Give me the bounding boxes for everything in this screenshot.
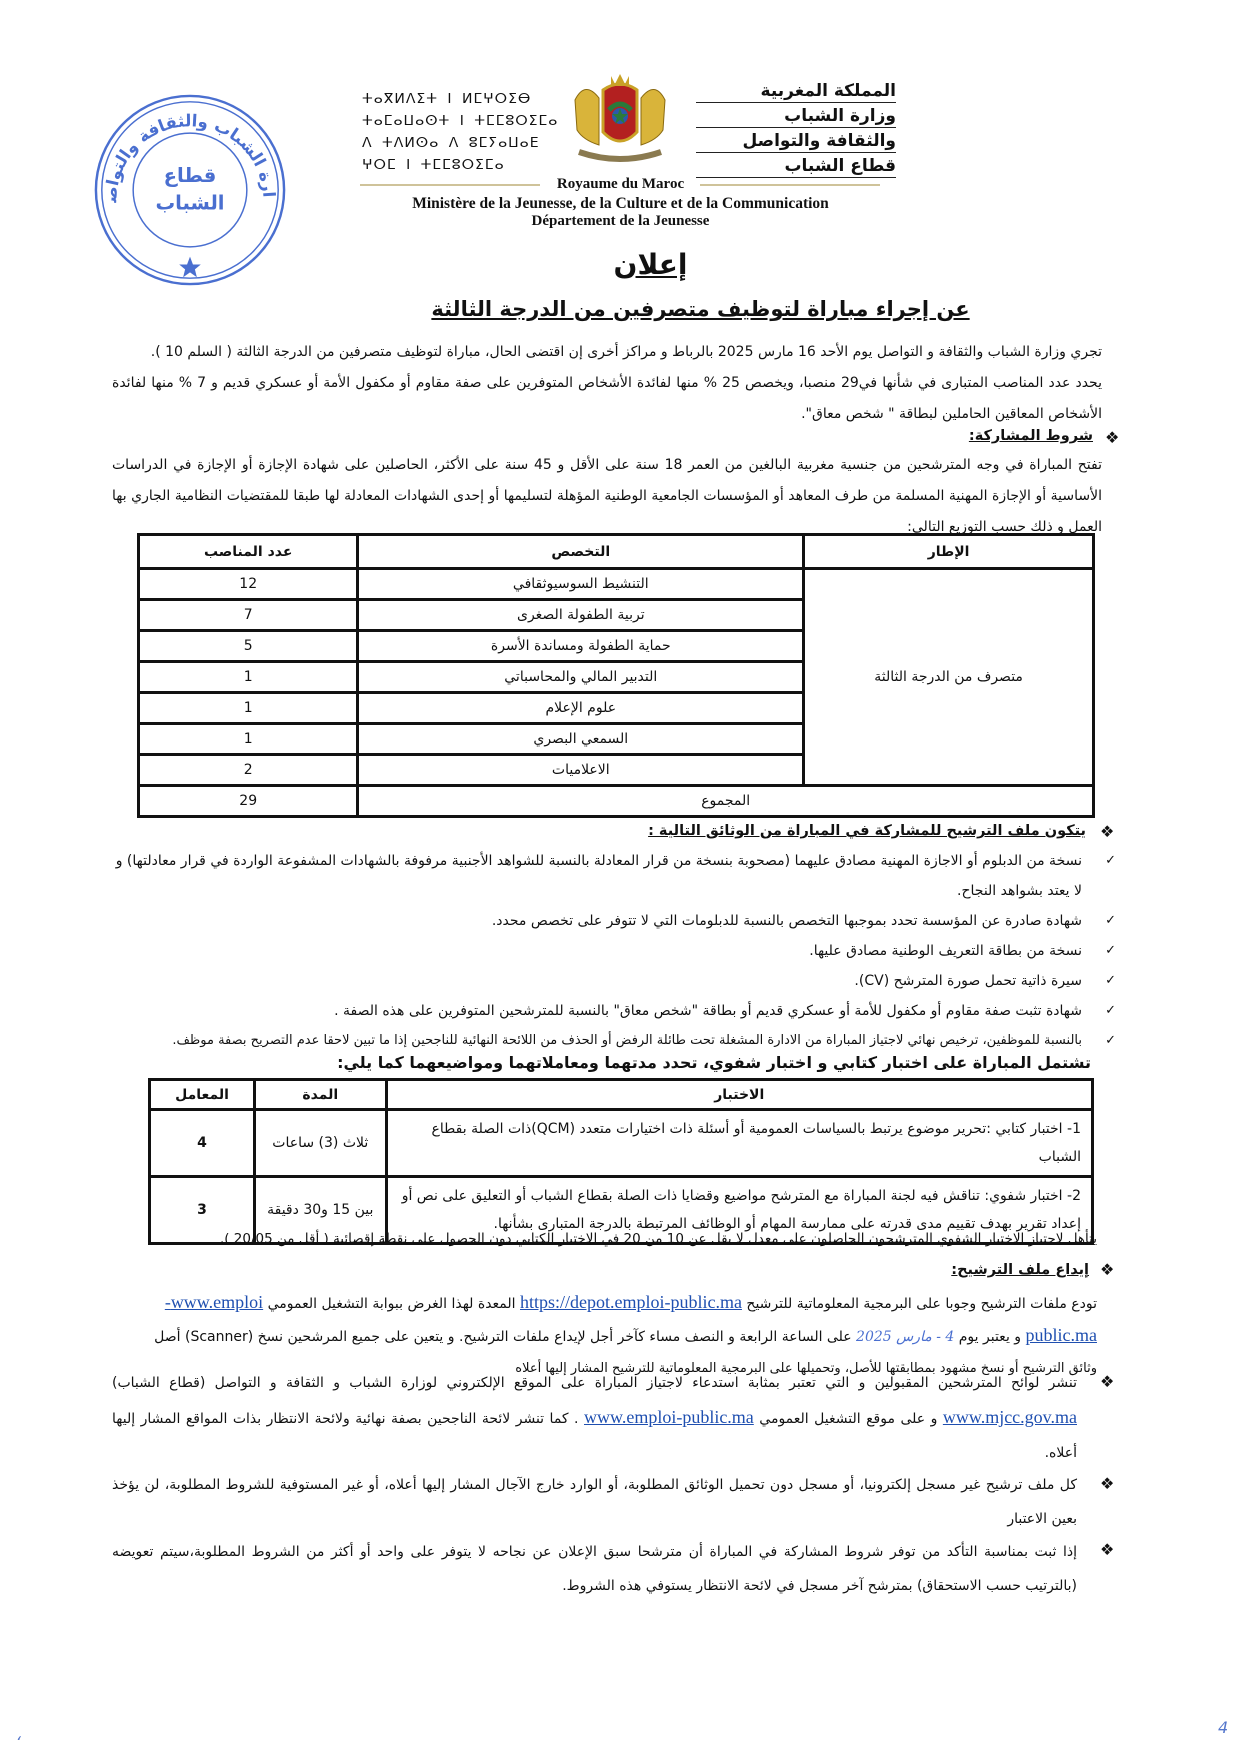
tifinagh-line: ⴷ ⵜⴷⵍⵙⴰ ⴷ ⵓⵎⵢⴰⵡⴰⴹ	[362, 132, 562, 154]
emploi-public-link-part2[interactable]: public.ma	[1026, 1325, 1097, 1345]
specialty-cell: حماية الطفولة ومساندة الأسرة	[358, 631, 804, 662]
list-item: ✓نسخة من بطاقة التعريف الوطنية مصادق علي…	[112, 936, 1082, 966]
page-mark-left: ،	[16, 1725, 21, 1744]
specialty-cell: علوم الإعلام	[358, 693, 804, 724]
col-header-test: الاختبار	[386, 1080, 1092, 1110]
submission-line-2: public.ma و يعتبر يوم 4 - مارس 2025 على …	[112, 1320, 1097, 1353]
check-icon: ✓	[1105, 966, 1116, 996]
check-icon: ✓	[1105, 906, 1116, 936]
count-cell: 2	[139, 755, 358, 786]
announcement-page: قطاع الشباب وزارة الشباب والثقافة والتوا…	[0, 0, 1241, 1754]
test-cell: 1- اختبار كتابي :تحرير موضوع يرتبط بالسي…	[386, 1110, 1092, 1177]
arabic-line: قطاع الشباب	[696, 155, 896, 178]
count-cell: 12	[139, 569, 358, 600]
list-item: ✓بالنسبة للموظفين، ترخيص نهائي لاجتياز ا…	[112, 1026, 1082, 1056]
submission-text: تودع ملفات الترشيح وجوبا على البرمجية ال…	[746, 1296, 1097, 1312]
submission-text: المعدة لهذا الغرض ببوابة التشغيل العمومي	[268, 1296, 516, 1312]
intro-line-2: يحدد عدد المناصب المتبارى في شأنها في29 …	[112, 368, 1102, 430]
conditions-heading: شروط المشاركة:	[969, 428, 1093, 444]
specialty-cell: التدبير المالي والمحاسباتي	[358, 662, 804, 693]
check-icon: ✓	[1105, 936, 1116, 966]
document-text: بالنسبة للموظفين، ترخيص نهائي لاجتياز ال…	[172, 1033, 1082, 1048]
frame-cell: متصرف من الدرجة الثالثة	[804, 569, 1094, 786]
check-icon: ✓	[1105, 846, 1116, 876]
publication-text: و على موقع التشغيل العمومي	[759, 1411, 937, 1427]
table-total-row: المجموع 29	[139, 786, 1094, 817]
count-cell: 1	[139, 662, 358, 693]
handwritten-deadline-date: 4 - مارس 2025	[856, 1329, 954, 1345]
document-text: شهادة صادرة عن المؤسسة تحدد بموجبها التخ…	[492, 913, 1082, 929]
ministere-label: Ministère de la Jeunesse, de la Culture …	[0, 195, 1241, 213]
departement-label: Département de la Jeunesse	[0, 213, 1241, 230]
tifinagh-line: ⵖⵔⵎ ⵏ ⵜⵎⵎⵓⵔⵉⵎⴰ	[362, 154, 562, 176]
exams-table: الاختبار المدة المعامل 1- اختبار كتابي :…	[148, 1078, 1094, 1245]
submission-heading: إيداع ملف الترشيح:	[951, 1262, 1089, 1278]
check-icon: ✓	[1105, 1026, 1116, 1056]
emploi-public-link[interactable]: www.emploi-public.ma	[584, 1407, 754, 1427]
coat-of-arms-emblem	[565, 70, 675, 170]
submission-text: و يعتبر يوم	[959, 1329, 1021, 1345]
col-header-count: عدد المناصب	[139, 535, 358, 569]
specialty-cell: التنشيط السوسيوثقافي	[358, 569, 804, 600]
total-label: المجموع	[358, 786, 1094, 817]
duration-cell: ثلاث (3) ساعات	[255, 1110, 387, 1177]
header-arabic: المملكة المغربية وزارة الشباب والثقافة و…	[696, 80, 896, 180]
specialty-cell: تربية الطفولة الصغرى	[358, 600, 804, 631]
document-text: نسخة من الدبلوم أو الاجازة المهنية مصادق…	[116, 853, 1082, 899]
submission-line-1: تودع ملفات الترشيح وجوبا على البرمجية ال…	[112, 1287, 1097, 1320]
page-number: 4	[1218, 1718, 1228, 1737]
list-item: ✓شهادة تثبت صفة مقاوم أو مكفول للأمة أو …	[112, 996, 1082, 1026]
page-subtitle: عن إجراء مباراة لتوظيف متصرفين من الدرجة…	[0, 297, 1241, 321]
conditions-text: تفتح المباراة في وجه المترشحين من جنسية …	[112, 450, 1102, 543]
col-header-frame: الإطار	[804, 535, 1094, 569]
publication-paragraph: تنشر لوائح المترشحين المقبولين و التي تع…	[112, 1366, 1077, 1470]
intro-line-1: تجري وزارة الشباب والثقافة و التواصل يوم…	[112, 337, 1102, 368]
page-title: إعلان	[30, 248, 1241, 281]
depot-link[interactable]: https://depot.emploi-public.ma	[520, 1292, 742, 1312]
diamond-bullet-icon: ❖	[1100, 1474, 1114, 1493]
replacement-paragraph: إذا ثبت بمناسبة التأكد من توفر شروط المش…	[112, 1535, 1077, 1603]
table-row: متصرف من الدرجة الثالثة التنشيط السوسيوث…	[139, 569, 1094, 600]
tifinagh-line: ⵜⴰⴳⵍⴷⵉⵜ ⵏ ⵍⵎⵖⵔⵉⴱ	[362, 88, 562, 110]
col-header-duration: المدة	[255, 1080, 387, 1110]
col-header-specialty: التخصص	[358, 535, 804, 569]
col-header-coef: المعامل	[150, 1080, 255, 1110]
subtitle-text: عن إجراء مباراة لتوظيف متصرفين من الدرجة…	[431, 297, 969, 321]
specialty-cell: السمعي البصري	[358, 724, 804, 755]
coef-cell: 4	[150, 1110, 255, 1177]
list-item: ✓نسخة من الدبلوم أو الاجازة المهنية مصاد…	[112, 846, 1082, 906]
list-item: ✓سيرة ذاتية تحمل صورة المترشح (CV).	[112, 966, 1082, 996]
diamond-bullet-icon: ❖	[1105, 428, 1119, 447]
documents-list: ✓نسخة من الدبلوم أو الاجازة المهنية مصاد…	[112, 846, 1082, 1056]
rejection-paragraph: كل ملف ترشيح غير مسجل إلكترونيا، أو مسجل…	[112, 1468, 1077, 1536]
document-text: نسخة من بطاقة التعريف الوطنية مصادق عليه…	[809, 943, 1082, 959]
royaume-label: Royaume du Maroc	[0, 176, 1241, 193]
diamond-bullet-icon: ❖	[1100, 1260, 1114, 1279]
table-row: 1- اختبار كتابي :تحرير موضوع يرتبط بالسي…	[150, 1110, 1093, 1177]
count-cell: 7	[139, 600, 358, 631]
oral-eligibility: يتأهل لاجتياز الاختبار الشفوي المترشحون …	[112, 1224, 1097, 1255]
arabic-line: وزارة الشباب	[696, 105, 896, 128]
mjcc-link[interactable]: www.mjcc.gov.ma	[943, 1407, 1077, 1427]
document-text: شهادة تثبت صفة مقاوم أو مكفول للأمة أو ع…	[334, 1003, 1082, 1019]
arabic-line: المملكة المغربية	[696, 80, 896, 103]
documents-heading: يتكون ملف الترشيح للمشاركة في المباراة م…	[648, 823, 1086, 839]
check-icon: ✓	[1105, 996, 1116, 1026]
total-value: 29	[139, 786, 358, 817]
tifinagh-line: ⵜⴰⵎⴰⵡⴰⵙⵜ ⵏ ⵜⵎⵎⵓⵔⵉⵎⴰ	[362, 110, 562, 132]
diamond-bullet-icon: ❖	[1100, 1540, 1114, 1559]
publication-text: تنشر لوائح المترشحين المقبولين و التي تع…	[112, 1375, 1077, 1391]
posts-table: الإطار التخصص عدد المناصب متصرف من الدرج…	[137, 533, 1095, 818]
exams-intro: تشتمل المباراة على اختبار كتابي و اختبار…	[337, 1053, 1091, 1072]
arabic-line: والثقافة والتواصل	[696, 130, 896, 153]
header-tifinagh: ⵜⴰⴳⵍⴷⵉⵜ ⵏ ⵍⵎⵖⵔⵉⴱ ⵜⴰⵎⴰⵡⴰⵙⵜ ⵏ ⵜⵎⵎⵓⵔⵉⵎⴰ ⴷ ⵜ…	[362, 88, 562, 176]
diamond-bullet-icon: ❖	[1100, 822, 1114, 841]
count-cell: 1	[139, 724, 358, 755]
submission-text: على الساعة الرابعة و النصف مساء كآخر أجل…	[154, 1329, 851, 1345]
intro-paragraph: تجري وزارة الشباب والثقافة و التواصل يوم…	[112, 337, 1102, 430]
specialty-cell: الاعلاميات	[358, 755, 804, 786]
count-cell: 1	[139, 693, 358, 724]
diamond-bullet-icon: ❖	[1100, 1372, 1114, 1391]
count-cell: 5	[139, 631, 358, 662]
document-text: سيرة ذاتية تحمل صورة المترشح (CV).	[854, 973, 1082, 989]
emploi-public-link-part1[interactable]: www.emploi-	[165, 1292, 263, 1312]
list-item: ✓شهادة صادرة عن المؤسسة تحدد بموجبها الت…	[112, 906, 1082, 936]
